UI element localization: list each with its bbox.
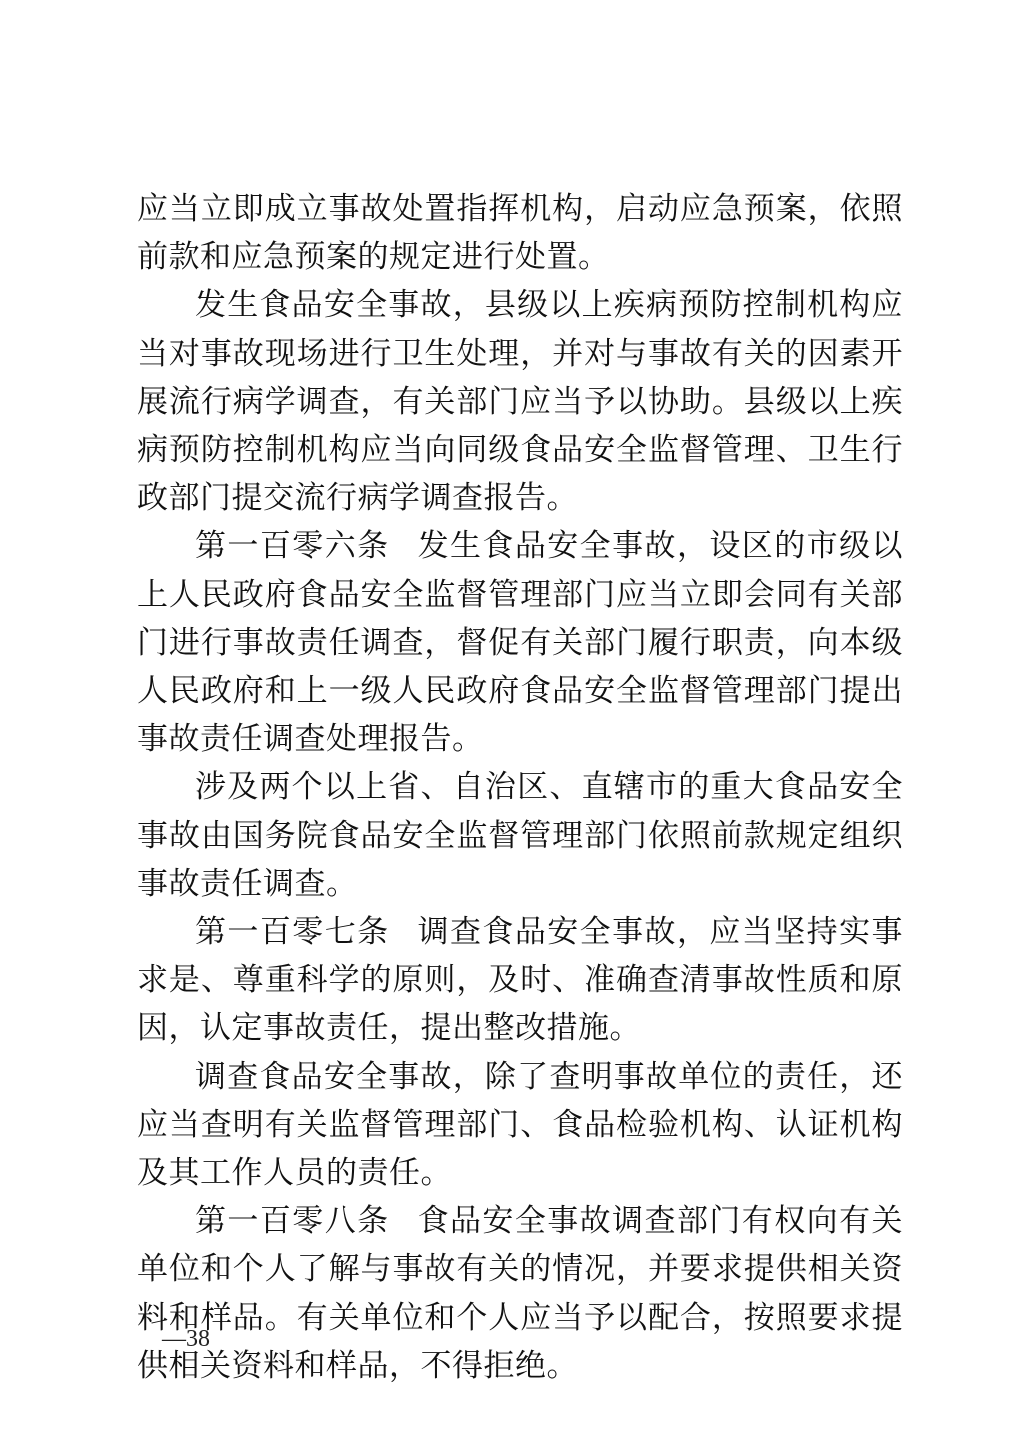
document-page: 应当立即成立事故处置指挥机构，启动应急预案，依照前款和应急预案的规定进行处置。 … [0, 0, 1024, 1450]
paragraph-text: 调查食品安全事故，除了查明事故单位的责任，还应当查明有关监督管理部门、食品检验机… [137, 1059, 903, 1191]
paragraph-responsibility: 调查食品安全事故，除了查明事故单位的责任，还应当查明有关监督管理部门、食品检验机… [137, 1053, 903, 1198]
paragraph-continuation: 应当立即成立事故处置指挥机构，启动应急预案，依照前款和应急预案的规定进行处置。 [137, 185, 903, 281]
article-107: 第一百零七条调查食品安全事故，应当坚持实事求是、尊重科学的原则，及时、准确查清事… [137, 908, 903, 1053]
paragraph-cdc-investigation: 发生食品安全事故，县级以上疾病预防控制机构应当对事故现场进行卫生处理，并对与事故… [137, 281, 903, 522]
paragraph-cross-province: 涉及两个以上省、自治区、直辖市的重大食品安全事故由国务院食品安全监督管理部门依照… [137, 763, 903, 908]
article-number: 第一百零八条 [195, 1203, 390, 1239]
paragraph-text: 应当立即成立事故处置指挥机构，启动应急预案，依照前款和应急预案的规定进行处置。 [137, 191, 903, 275]
article-106: 第一百零六条发生食品安全事故，设区的市级以上人民政府食品安全监督管理部门应当立即… [137, 522, 903, 763]
page-number: —38 [162, 1326, 210, 1353]
paragraph-text: 发生食品安全事故，县级以上疾病预防控制机构应当对事故现场进行卫生处理，并对与事故… [137, 287, 903, 516]
article-108: 第一百零八条食品安全事故调查部门有权向有关单位和个人了解与事故有关的情况，并要求… [137, 1197, 903, 1390]
document-body: 应当立即成立事故处置指挥机构，启动应急预案，依照前款和应急预案的规定进行处置。 … [137, 185, 903, 1390]
article-number: 第一百零六条 [195, 528, 390, 564]
paragraph-text: 涉及两个以上省、自治区、直辖市的重大食品安全事故由国务院食品安全监督管理部门依照… [137, 769, 903, 901]
article-number: 第一百零七条 [195, 914, 390, 950]
